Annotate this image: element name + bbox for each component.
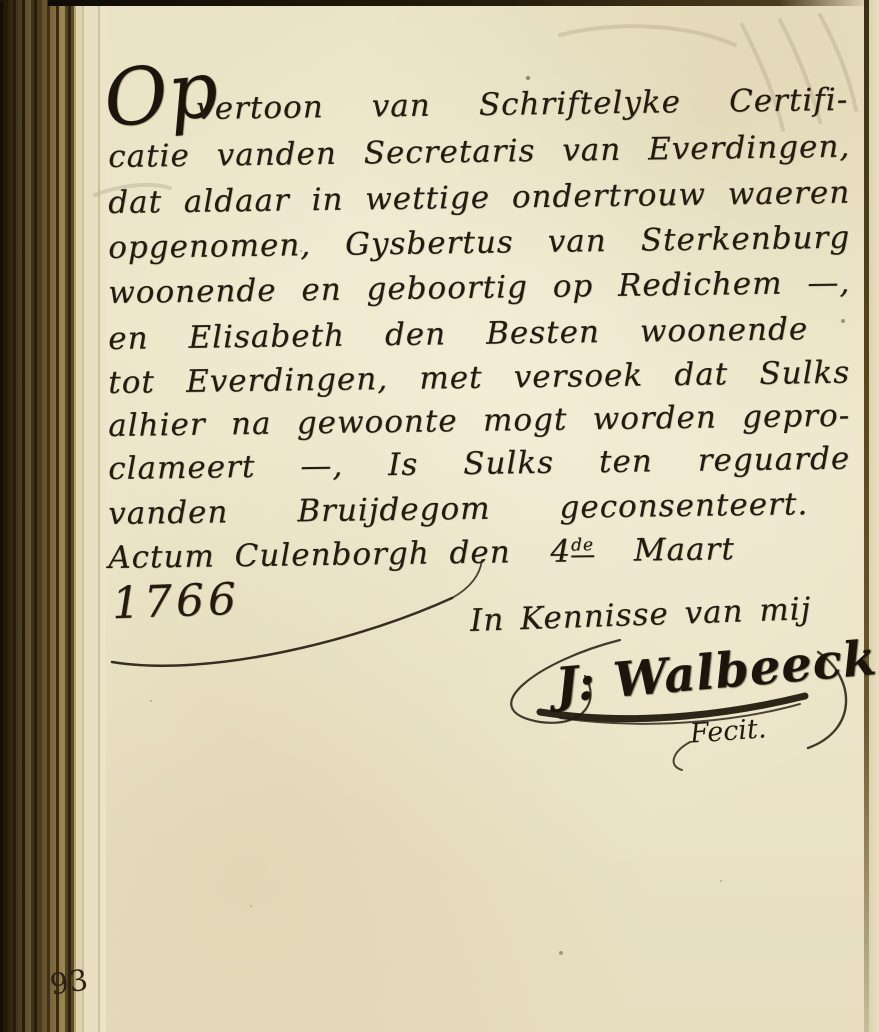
clerk-signature: J: Walbeeck xyxy=(554,634,879,710)
manuscript-line: woonende en geboortig op Redichem —, xyxy=(108,266,850,312)
date-day: 4 xyxy=(550,534,571,570)
signature-subscript: Fecit. xyxy=(689,715,767,747)
manuscript-line: dat aldaar in wettige ondertrouw waeren xyxy=(108,176,850,222)
scanned-register-page: Op vertoon van Schriftelyke Certifi- cat… xyxy=(0,0,879,1032)
dateline-prefix: Actum Culenborgh den xyxy=(108,534,511,576)
page-number: 93 xyxy=(48,965,91,999)
date-month: Maart xyxy=(634,531,735,568)
page-stack-edge xyxy=(74,0,106,1032)
manuscript-line: en Elisabeth den Besten woonende xyxy=(108,312,808,357)
manuscript-line: tot Everdingen, met versoek dat Sulks xyxy=(108,356,850,402)
manuscript-line: vertoon van Schriftelyke Certifi- xyxy=(196,83,848,128)
scan-top-edge xyxy=(48,0,879,6)
manuscript-line: clameert —, Is Sulks ten reguarde xyxy=(108,442,850,488)
manuscript-line: catie vanden Secretaris van Everdingen, xyxy=(108,130,850,176)
date-day-suffix: de xyxy=(571,535,594,557)
scan-right-margin xyxy=(869,0,879,1032)
manuscript-dateline: Actum Culenborgh den 4de Maart xyxy=(108,532,735,576)
book-binding-edge xyxy=(0,0,74,1032)
manuscript-line: alhier na gewoonte mogt worden gepro- xyxy=(108,399,850,445)
date-year: 1766 xyxy=(111,578,240,626)
paper-specks xyxy=(0,0,2,2)
attestation-line: In Kennisse van mij xyxy=(470,594,812,637)
manuscript-line: vanden Bruijdegom geconsenteert. xyxy=(108,487,808,532)
manuscript-line: opgenomen, Gysbertus van Sterkenburg xyxy=(108,221,850,267)
